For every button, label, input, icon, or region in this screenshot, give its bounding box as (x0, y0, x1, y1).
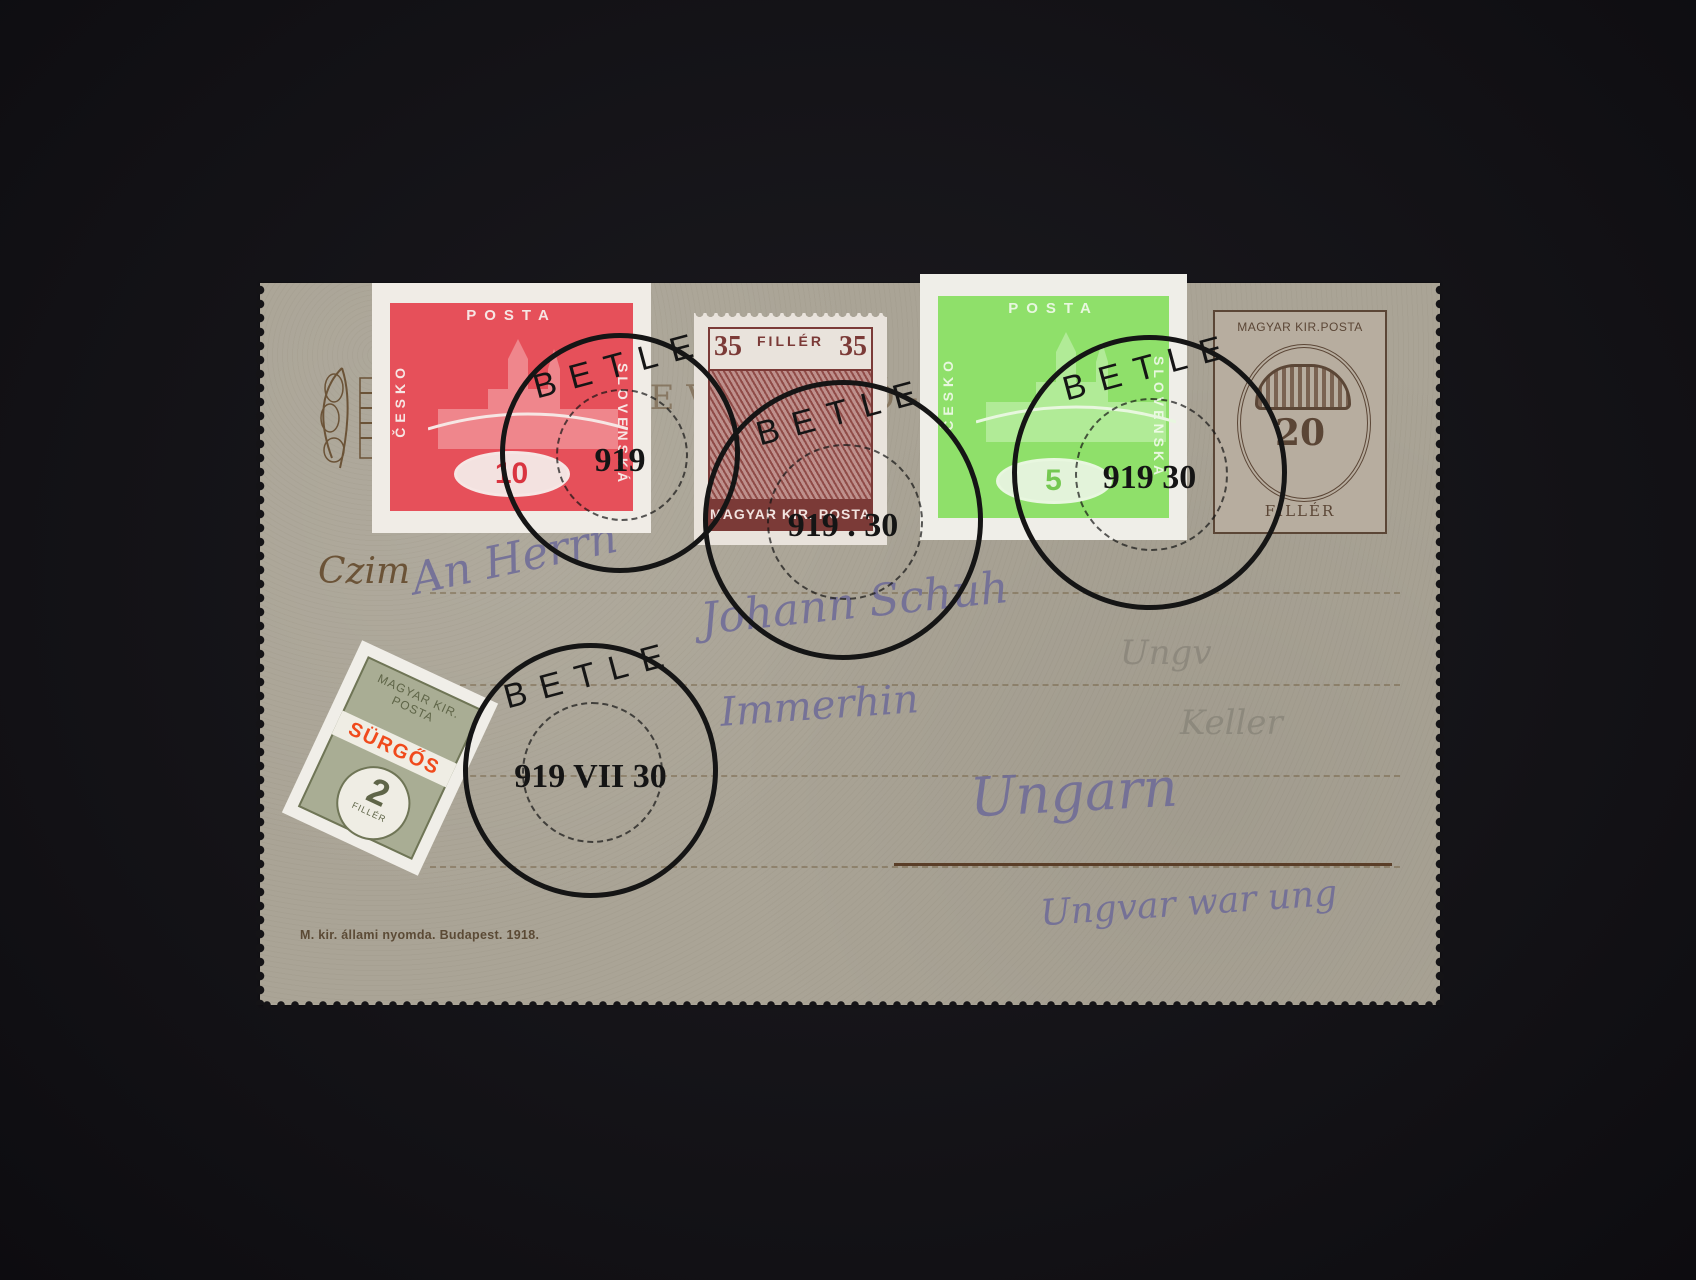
postmark-date: 919 VII 30 (468, 758, 713, 796)
stamp-value: 10 (454, 451, 570, 497)
stamp-cesko-text: ČESKO (940, 356, 956, 431)
address-underline (894, 863, 1392, 866)
stamp-magyar-text: MAGYAR KIR.POSTA (1215, 320, 1385, 334)
castle-icon (976, 332, 1176, 442)
stamp-surgos-2: MAGYAR KIR. POSTA SÜRGŐS 2 FILLÉR (282, 640, 498, 876)
perforation-right (1434, 283, 1446, 1005)
pencil-note-1: Ungv (1120, 633, 1212, 673)
printer-imprint: M. kir. állami nyomda. Budapest. 1918. (300, 928, 539, 942)
letter-card: LEVELEZŐ-LAP Czim M. kir. állami nyomda.… (260, 283, 1440, 1005)
postmark-town: BETLE (467, 625, 714, 726)
handwriting-line-2: Johann Schuh (698, 562, 1011, 645)
stamp-reaper-35: 35 FILLÉR 35 MAGYAR KIR. POSTA (694, 313, 887, 545)
handwriting-line-5: Ungvar war ung (1039, 873, 1339, 935)
stamp-value: 5 (996, 458, 1112, 504)
address-line-3 (430, 775, 1400, 777)
perforation-left (254, 283, 266, 1005)
postmark-4: BETLE 919 VII 30 (463, 643, 718, 898)
address-line-4 (430, 866, 1400, 868)
address-label: Czim (318, 551, 410, 592)
stamp-posta-text: POSTA (938, 300, 1169, 317)
stamp-imprinted-20: MAGYAR KIR.POSTA 20 FILLÉR (1213, 310, 1387, 534)
stamp-posta-text: POSTA (390, 307, 633, 324)
stamp-value: 20 (1215, 412, 1385, 454)
stamp-value-right: 35 (839, 331, 867, 363)
perforation-bottom (260, 1000, 1440, 1010)
stamp-hradcany-10: POSTA ČESKO SLOVENSKÁ 10 (372, 283, 651, 533)
stamp-hradcany-5: POSTA ČESKO SLOVENSKÁ 5 (920, 274, 1187, 540)
handwriting-line-4: Ungarn (968, 756, 1179, 830)
stamp-magyar-text: MAGYAR KIR. POSTA (710, 499, 871, 529)
stamp-cesko-text: ČESKO (392, 363, 408, 438)
castle-icon (428, 339, 628, 449)
pencil-note-2: Keller (1180, 703, 1283, 743)
stamp-filler-text: FILLÉR (1215, 502, 1385, 520)
